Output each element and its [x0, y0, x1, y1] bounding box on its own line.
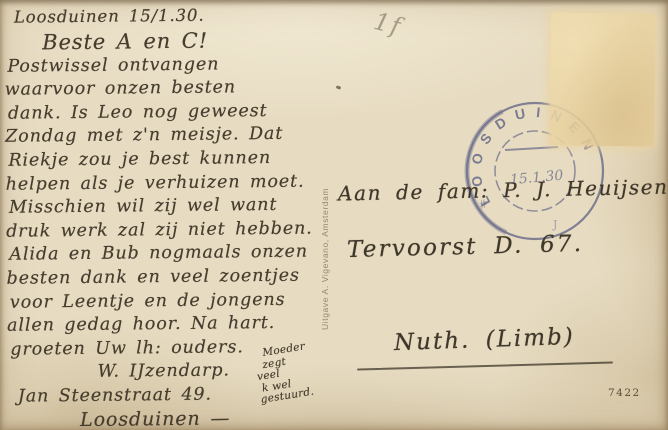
message-town-line: Loosduinen — [80, 406, 344, 430]
message-line: Zondag met z'n meisje. Dat [5, 123, 341, 150]
stamp-residue [549, 12, 656, 146]
message-line: helpen als je verhuizen moet. [6, 170, 342, 197]
message-line: voor Leentje en de jongens [10, 288, 343, 315]
publisher-imprint: Uitgave A. Vigevano, Amsterdam [320, 120, 330, 330]
address-street-line: Tervoorst D. 67. [347, 231, 584, 263]
message-line: druk werk zal zij niet hebben. [6, 217, 342, 244]
message-line: Misschien wil zij wel want [9, 193, 342, 220]
address-underline [357, 361, 613, 370]
postcard-scan: Loosduinen 15/1.30. Beste A en C! Postwi… [0, 0, 668, 430]
postmark-office-letter: J [552, 218, 557, 231]
message-line: dank. Is Leo nog geweest [8, 99, 341, 126]
postmark-dash [505, 147, 558, 150]
message-line: Alida en Bub nogmaals onzen [9, 241, 342, 268]
message-line: Postwissel ontvangen [7, 52, 340, 79]
print-number: 7422 [608, 387, 641, 399]
message-line: besten dank en veel zoentjes [7, 264, 343, 291]
side-note: Moeder zegt veel k wel gestuurd. [253, 341, 315, 406]
message-dateline: Loosduinen 15/1.30. [14, 2, 340, 29]
address-recipient-line: Aan de fam: P. J. Heuijsen. [338, 174, 668, 205]
message-line: Riekje zou je best kunnen [8, 146, 341, 173]
pencil-mark: 1f [371, 7, 405, 41]
message-line: allen gedag hoor. Na hart. [7, 311, 343, 338]
message-line: waarvoor onzen besten [5, 75, 341, 102]
address-town-line: Nuth. (Limb) [394, 324, 576, 356]
message-salutation: Beste A en C! [42, 26, 340, 55]
